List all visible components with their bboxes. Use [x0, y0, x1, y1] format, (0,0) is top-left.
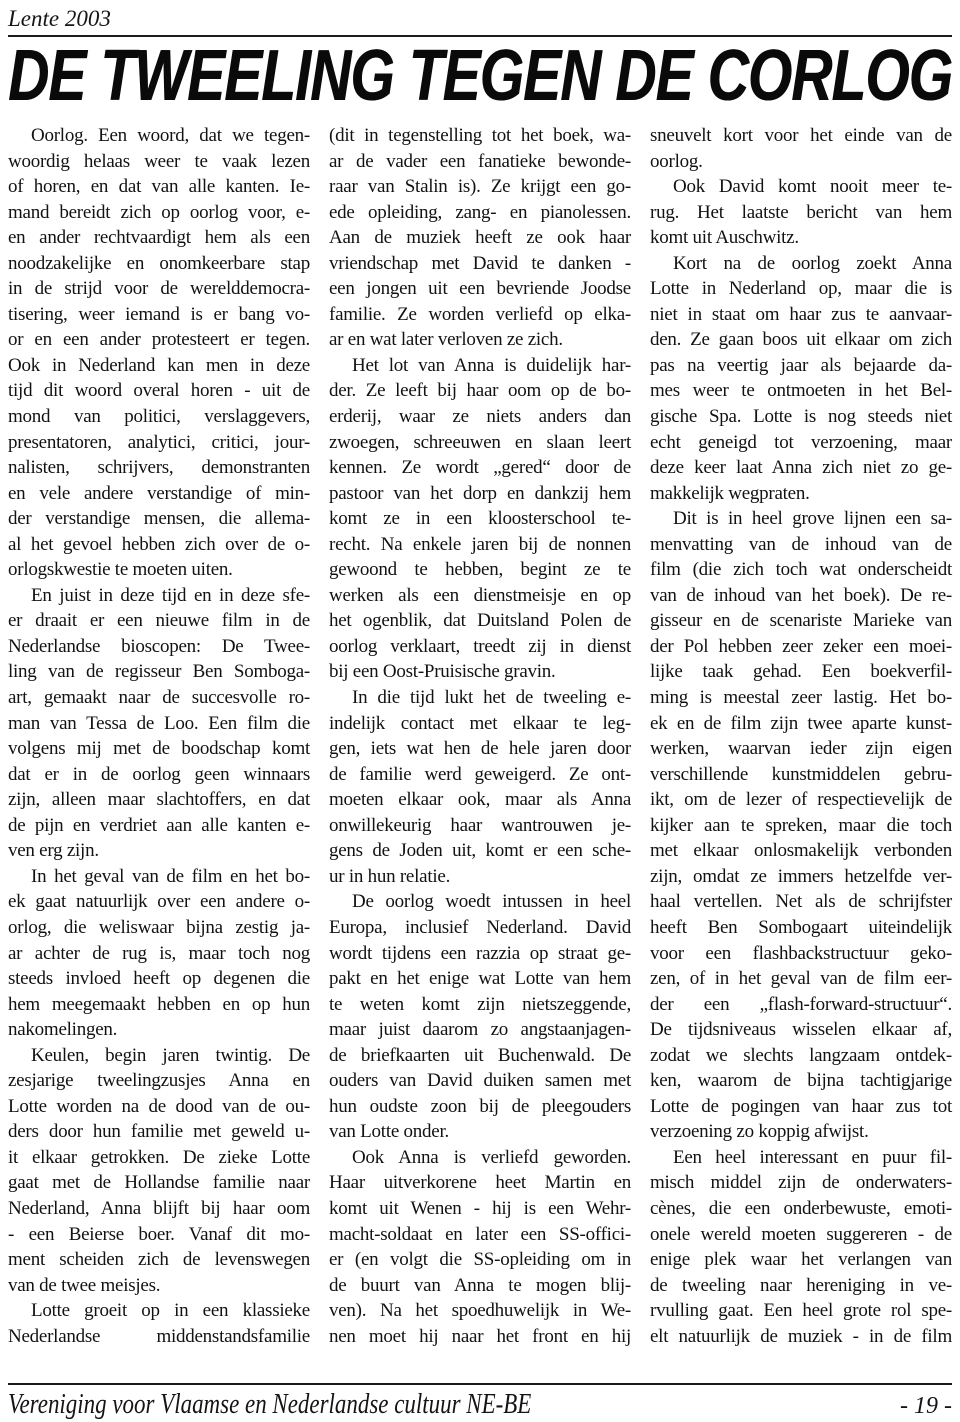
paragraph: En juist in deze tijd en in deze sfe-er …	[8, 583, 310, 864]
text-line: mand bereidt zich op oorlog voor, e-	[8, 200, 310, 226]
text-line: tisering, weer iemand is er bang vo-	[8, 302, 310, 328]
text-line: rug. Het laatste bericht van hem	[650, 200, 952, 226]
paragraph: Oorlog. Een woord, dat we tegen-woordig …	[8, 123, 310, 583]
text-line: zesjarige tweelingzusjes Anna en	[8, 1068, 310, 1094]
text-line: ling van de regisseur Ben Somboga-	[8, 659, 310, 685]
paragraph: Dit is in heel grove lijnen een sa-menva…	[650, 506, 952, 1145]
text-line: ven erg zijn.	[8, 838, 310, 864]
text-line: voor een flashbackstructuur geko-	[650, 941, 952, 967]
text-line: dat er in de oorlog geen winnaars	[8, 762, 310, 788]
text-line: ede opleiding, zang- en pianolessen.	[329, 200, 631, 226]
text-line: Ook David komt nooit meer te-	[650, 174, 952, 200]
text-line: gens de Joden uit, komt er een sche-	[329, 838, 631, 864]
text-line: In het geval van de film en het bo-	[8, 864, 310, 890]
text-line: verzoening zo koppig afwijst.	[650, 1119, 952, 1145]
text-line: de familie werd geweigerd. Ze ont-	[329, 762, 631, 788]
text-line: Haar uitverkorene heet Martin en	[329, 1170, 631, 1196]
text-line: ur in hun relatie.	[329, 864, 631, 890]
text-line: werken, waarvan ieder zijn eigen	[650, 736, 952, 762]
text-line: in de strijd voor de werelddemocra-	[8, 276, 310, 302]
text-line: gische Spa. Lotte is nog steeds niet	[650, 404, 952, 430]
text-line: ken, waarom de bijna tachtigjarige	[650, 1068, 952, 1094]
text-line: tijd dit woord overal horen - uit de	[8, 378, 310, 404]
text-line: (dit in tegenstelling tot het boek, wa-	[329, 123, 631, 149]
page-number: - 19 -	[900, 1393, 952, 1420]
text-line: Lotte in Nederland op, maar die is	[650, 276, 952, 302]
article-column: (dit in tegenstelling tot het boek, wa-a…	[329, 123, 631, 1349]
text-line: haal vertellen. Net als de schrijfster	[650, 889, 952, 915]
paragraph: Keulen, begin jaren twintig. Dezesjarige…	[8, 1043, 310, 1298]
text-line: orlog, die weliswaar bijna zestig ja-	[8, 915, 310, 941]
text-line: der. Ze leeft bij haar oom op de bo-	[329, 378, 631, 404]
text-line: der verstandige mensen, die allema-	[8, 506, 310, 532]
text-line: - een Beierse boer. Vanaf dit mo-	[8, 1222, 310, 1248]
text-line: presentatoren, analytici, critici, jour-	[8, 430, 310, 456]
text-line: de tweeling naar hereniging in ve-	[650, 1273, 952, 1299]
text-line: verschillende kunstmiddelen gebru-	[650, 762, 952, 788]
text-line: pas na veertig jaar als bejaarde da-	[650, 353, 952, 379]
text-line: heeft Ben Sombogaart uiteindelijk	[650, 915, 952, 941]
text-line: er draait er een nieuwe film in de	[8, 608, 310, 634]
text-line: ment scheiden zich de levenswegen	[8, 1247, 310, 1273]
text-line: lijke taak gehad. Een boekverfil-	[650, 659, 952, 685]
text-line: En juist in deze tijd en in deze sfe-	[8, 583, 310, 609]
text-line: de pijn en verdriet aan alle kanten e-	[8, 813, 310, 839]
text-line: makkelijk wegpraten.	[650, 481, 952, 507]
text-line: vriendschap met David te danken -	[329, 251, 631, 277]
text-line: er (en volgt die SS-opleiding om in	[329, 1247, 631, 1273]
text-line: nalisten, schrijvers, demonstranten	[8, 455, 310, 481]
text-line: indelijk contact met elkaar te leg-	[329, 711, 631, 737]
issue-label: Lente 2003	[8, 5, 952, 32]
text-line: gen, iets wat hen de hele jaren door	[329, 736, 631, 762]
text-line: nen moet hij naar het front en hij	[329, 1324, 631, 1350]
text-line: Lotte groeit op in een klassieke	[8, 1298, 310, 1324]
text-line: gaat met de Hollandse familie naar	[8, 1170, 310, 1196]
text-line: pakt en het enige wat Lotte van hem	[329, 966, 631, 992]
text-line: woordig helaas weer te vaak lezen	[8, 149, 310, 175]
text-line: or en een ander protesteert er tegen.	[8, 327, 310, 353]
text-line: nakomelingen.	[8, 1017, 310, 1043]
text-line: moeten elkaar ook, maar als Anna	[329, 787, 631, 813]
paragraph: Een heel interessant en puur fil-misch m…	[650, 1145, 952, 1349]
text-line: den. Ze gaan boos uit elkaar om zich	[650, 327, 952, 353]
text-line: en ander rechtvaardigt hem als een	[8, 225, 310, 251]
text-line: onwillekeurig haar wantrouwen je-	[329, 813, 631, 839]
text-line: sneuvelt kort voor het einde van de	[650, 123, 952, 149]
footer-divider	[8, 1383, 952, 1385]
text-line: het ogenblik, dat Duitsland Polen de	[329, 608, 631, 634]
text-line: gewoond te hebben, begint ze te	[329, 557, 631, 583]
text-line: mes weer te ontmoeten in het Bel-	[650, 378, 952, 404]
text-line: ar achter de rug is, maar toch nog	[8, 941, 310, 967]
text-line: hem meegemaakt hebben en op hun	[8, 992, 310, 1018]
text-line: misch middel zijn de onderwaters-	[650, 1170, 952, 1196]
masthead: Lente 2003 DE TWEELING TEGEN DE CORLOG	[0, 0, 960, 108]
text-line: ikt, om de lezer of respectievelijk de	[650, 787, 952, 813]
text-line: met elkaar onlosmakelijk verbonden	[650, 838, 952, 864]
text-line: rvulling gaat. Een heel grote rol spe-	[650, 1298, 952, 1324]
text-line: steeds invloed heeft op degenen die	[8, 966, 310, 992]
text-line: art, gemaakt naar de succesvolle ro-	[8, 685, 310, 711]
text-line: ar de vader een fanatieke bewonde-	[329, 149, 631, 175]
text-line: Lotte worden na de dood van de ou-	[8, 1094, 310, 1120]
text-line: Kort na de oorlog zoekt Anna	[650, 251, 952, 277]
text-line: gisseur en de scenariste Marieke van	[650, 608, 952, 634]
text-line: en vele andere verstandige of min-	[8, 481, 310, 507]
text-line: erderij, waar ze niets anders dan	[329, 404, 631, 430]
text-line: onele wereld moeten suggereren - de	[650, 1222, 952, 1248]
text-line: Een heel interessant en puur fil-	[650, 1145, 952, 1171]
text-line: Keulen, begin jaren twintig. De	[8, 1043, 310, 1069]
text-line: macht-soldaat en later een SS-offici-	[329, 1222, 631, 1248]
text-line: ders door hun familie met geweld u-	[8, 1119, 310, 1145]
article-title: DE TWEELING TEGEN DE CORLOG	[8, 44, 752, 108]
paragraph: In het geval van de film en het bo-ek ga…	[8, 864, 310, 1043]
text-line: Nederland, Anna blijft bij haar oom	[8, 1196, 310, 1222]
text-line: man van Tessa de Loo. Een film die	[8, 711, 310, 737]
text-line: de briefkaarten uit Buchenwald. De	[329, 1043, 631, 1069]
text-line: van de twee meisjes.	[8, 1273, 310, 1299]
text-line: zodat we slechts langzaam ontdek-	[650, 1043, 952, 1069]
text-line: enige plek waar het verlangen van	[650, 1247, 952, 1273]
footer-row: Vereniging voor Vlaamse en Nederlandse c…	[8, 1389, 952, 1421]
text-line: Lotte de pogingen van haar zus tot	[650, 1094, 952, 1120]
text-line: niet in staat om haar zus te aanvaar-	[650, 302, 952, 328]
text-line: noodzakelijke en onomkeerbare stap	[8, 251, 310, 277]
article-column: sneuvelt kort voor het einde van deoorlo…	[650, 123, 952, 1349]
paragraph: (dit in tegenstelling tot het boek, wa-a…	[329, 123, 631, 353]
text-line: bij een Oost-Pruisische gravin.	[329, 659, 631, 685]
paragraph: In die tijd lukt het de tweeling e-indel…	[329, 685, 631, 889]
text-line: cènes, die een onderbewuste, emoti-	[650, 1196, 952, 1222]
text-line: een jongen uit een bevriende Joodse	[329, 276, 631, 302]
text-line: De oorlog woedt intussen in heel	[329, 889, 631, 915]
text-line: recht. Na enkele jaren bij de nonnen	[329, 532, 631, 558]
footer-organization: Vereniging voor Vlaamse en Nederlandse c…	[8, 1389, 531, 1421]
text-line: ming is meestal zeer lastig. Het bo-	[650, 685, 952, 711]
text-line: ek gaat natuurlijk over een andere o-	[8, 889, 310, 915]
text-line: wordt tijdens een razzia op straat ge-	[329, 941, 631, 967]
text-line: mond van politici, verslaggevers,	[8, 404, 310, 430]
text-line: De tijdsniveaus wisselen elkaar af,	[650, 1017, 952, 1043]
text-line: ek en de film zijn twee aparte kunst-	[650, 711, 952, 737]
text-line: raar van Stalin is). Ze krijgt een go-	[329, 174, 631, 200]
paragraph: Ook Anna is verliefd geworden.Haar uitve…	[329, 1145, 631, 1349]
text-line: oorlog verklaart, treedt zij in dienst	[329, 634, 631, 660]
text-line: menvatting van de inhoud van de	[650, 532, 952, 558]
paragraph: Ook David komt nooit meer te-rug. Het la…	[650, 174, 952, 251]
text-line: familie. Ze worden verliefd op elka-	[329, 302, 631, 328]
text-line: al het gevoel hebben zich over de o-	[8, 532, 310, 558]
text-line: Het lot van Anna is duidelijk har-	[329, 353, 631, 379]
text-line: Oorlog. Een woord, dat we tegen-	[8, 123, 310, 149]
paragraph: Lotte groeit op in een klassiekeNederlan…	[8, 1298, 310, 1349]
text-line: hun oudste zoon bij de pleegouders	[329, 1094, 631, 1120]
text-line: film (die zich toch wat onderscheidt	[650, 557, 952, 583]
text-line: Ook in Nederland kan men in deze	[8, 353, 310, 379]
text-line: komt uit Wenen - hij is een Wehr-	[329, 1196, 631, 1222]
paragraph: sneuvelt kort voor het einde van deoorlo…	[650, 123, 952, 174]
paragraph: Het lot van Anna is duidelijk har-der. Z…	[329, 353, 631, 685]
article-columns: Oorlog. Een woord, dat we tegen-woordig …	[0, 123, 960, 1349]
article-column: Oorlog. Een woord, dat we tegen-woordig …	[8, 123, 310, 1349]
text-line: ven). Na het spoedhuwelijk in We-	[329, 1298, 631, 1324]
text-line: der Pol hebben zeer zeker een moei-	[650, 634, 952, 660]
text-line: Nederlandse bioscopen: De Twee-	[8, 634, 310, 660]
text-line: te weten komt zijn nietszeggende,	[329, 992, 631, 1018]
text-line: werken als een dienstmeisje en op	[329, 583, 631, 609]
newsletter-page: Lente 2003 DE TWEELING TEGEN DE CORLOG O…	[0, 0, 960, 1422]
page-footer: Vereniging voor Vlaamse en Nederlandse c…	[8, 1383, 952, 1421]
text-line: komt uit Auschwitz.	[650, 225, 952, 251]
text-line: maar juist daarom zo angstaanjagen-	[329, 1017, 631, 1043]
text-line: pastoor van het dorp en dankzij hem	[329, 481, 631, 507]
text-line: elt natuurlijk de muziek - in de film	[650, 1324, 952, 1350]
text-line: zijn, omdat ze immers hetzelfde ver-	[650, 864, 952, 890]
text-line: ar en wat later verloven ze zich.	[329, 327, 631, 353]
text-line: kijker aan te spreken, maar die toch	[650, 813, 952, 839]
text-line: ouders van David duiken samen met	[329, 1068, 631, 1094]
text-line: In die tijd lukt het de tweeling e-	[329, 685, 631, 711]
text-line: komt ze in een kloosterschool te-	[329, 506, 631, 532]
text-line: volgens mij met de boodschap komt	[8, 736, 310, 762]
text-line: kennen. Ze wordt „gered“ door de	[329, 455, 631, 481]
text-line: zijn, alleen maar slachtoffers, en dat	[8, 787, 310, 813]
text-line: deze keer laat Anna zich niet zo ge-	[650, 455, 952, 481]
text-line: der een „flash-forward-structuur“.	[650, 992, 952, 1018]
text-line: de buurt van Anna te mogen blij-	[329, 1273, 631, 1299]
text-line: zen, of in het geval van de film eer-	[650, 966, 952, 992]
text-line: it elkaar getrokken. De zieke Lotte	[8, 1145, 310, 1171]
paragraph: Kort na de oorlog zoekt AnnaLotte in Ned…	[650, 251, 952, 506]
text-line: zwoegen, schreeuwen en slaan leert	[329, 430, 631, 456]
text-line: Aan de muziek heeft ze ook haar	[329, 225, 631, 251]
text-line: van Lotte onder.	[329, 1119, 631, 1145]
text-line: van de inhoud van het boek). De re-	[650, 583, 952, 609]
text-line: echt geneigd tot verzoening, maar	[650, 430, 952, 456]
paragraph: De oorlog woedt intussen in heelEuropa, …	[329, 889, 631, 1144]
text-line: Ook Anna is verliefd geworden.	[329, 1145, 631, 1171]
text-line: Nederlandse middenstandsfamilie	[8, 1324, 310, 1350]
text-line: Europa, inclusief Nederland. David	[329, 915, 631, 941]
text-line: orlogskwestie te moeten uiten.	[8, 557, 310, 583]
text-line: of horen, en dat van alle kanten. Ie-	[8, 174, 310, 200]
text-line: Dit is in heel grove lijnen een sa-	[650, 506, 952, 532]
text-line: oorlog.	[650, 149, 952, 175]
